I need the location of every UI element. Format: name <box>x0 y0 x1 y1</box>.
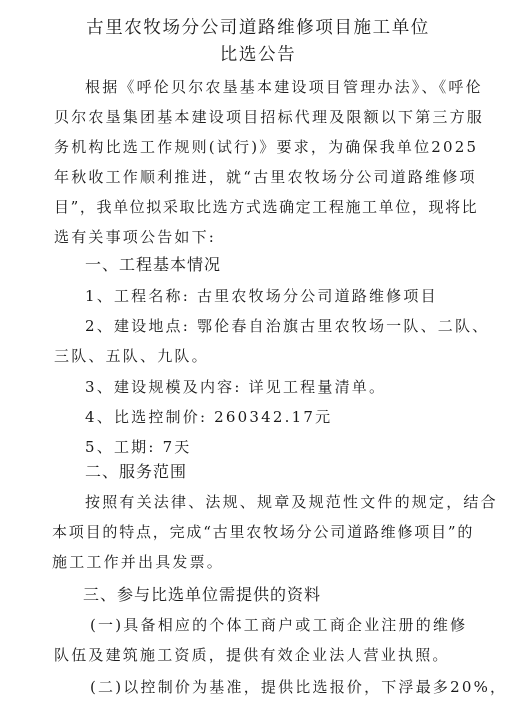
intro-line: 贝尔农垦集团基本建设项目招标代理及限额以下第三方服 <box>54 107 484 127</box>
project-scope-item: 3、建设规模及内容: 详见工程量清单。 <box>85 377 386 397</box>
section-heading-service-scope: 二、服务范围 <box>85 462 187 482</box>
requirement-line: (二)以控制价为基准，提供比选报价，下浮最多20%， <box>90 677 507 697</box>
intro-line: 年秋收工作顺利推进，就“古里农牧场分公司道路维修项 <box>54 167 477 187</box>
intro-line: 选有关事项公告如下: <box>54 227 216 247</box>
service-scope-line: 施工工作并出具发票。 <box>52 552 224 572</box>
document-subtitle: 比选公告 <box>0 45 516 65</box>
requirement-line: 队伍及建筑施工资质，提供有效企业法人营业执照。 <box>54 645 450 665</box>
intro-line: 务机构比选工作规则(试行)》要求，为确保我单位2025 <box>54 137 478 157</box>
intro-line: 根据《呼伦贝尔农垦基本建设项目管理办法》、《呼伦 <box>85 77 483 97</box>
service-scope-line: 按照有关法律、法规、规章及规范性文件的规定，结合 <box>85 492 498 512</box>
requirement-line: (一)具备相应的个体工商户或工商企业注册的维修 <box>90 615 467 635</box>
project-location-continued: 三队、五队、九队。 <box>54 346 209 366</box>
section-heading-project-info: 一、工程基本情况 <box>85 255 221 275</box>
project-location-item: 2、建设地点: 鄂伦春自治旗古里农牧场一队、二队、 <box>85 316 489 336</box>
section-heading-required-materials: 三、参与比选单位需提供的资料 <box>83 585 321 605</box>
service-scope-line: 本项目的特点，完成“古里农牧场分公司道路维修项目”的 <box>52 522 474 542</box>
intro-line: 目”，我单位拟采取比选方式选确定工程施工单位，现将比 <box>54 197 478 217</box>
project-name-item: 1、工程名称: 古里农牧场分公司道路维修项目 <box>85 286 438 306</box>
control-price-item: 4、比选控制价: 260342.17元 <box>85 407 332 427</box>
document-title: 古里农牧场分公司道路维修项目施工单位 <box>0 18 516 38</box>
duration-item: 5、工期: 7天 <box>85 437 192 457</box>
